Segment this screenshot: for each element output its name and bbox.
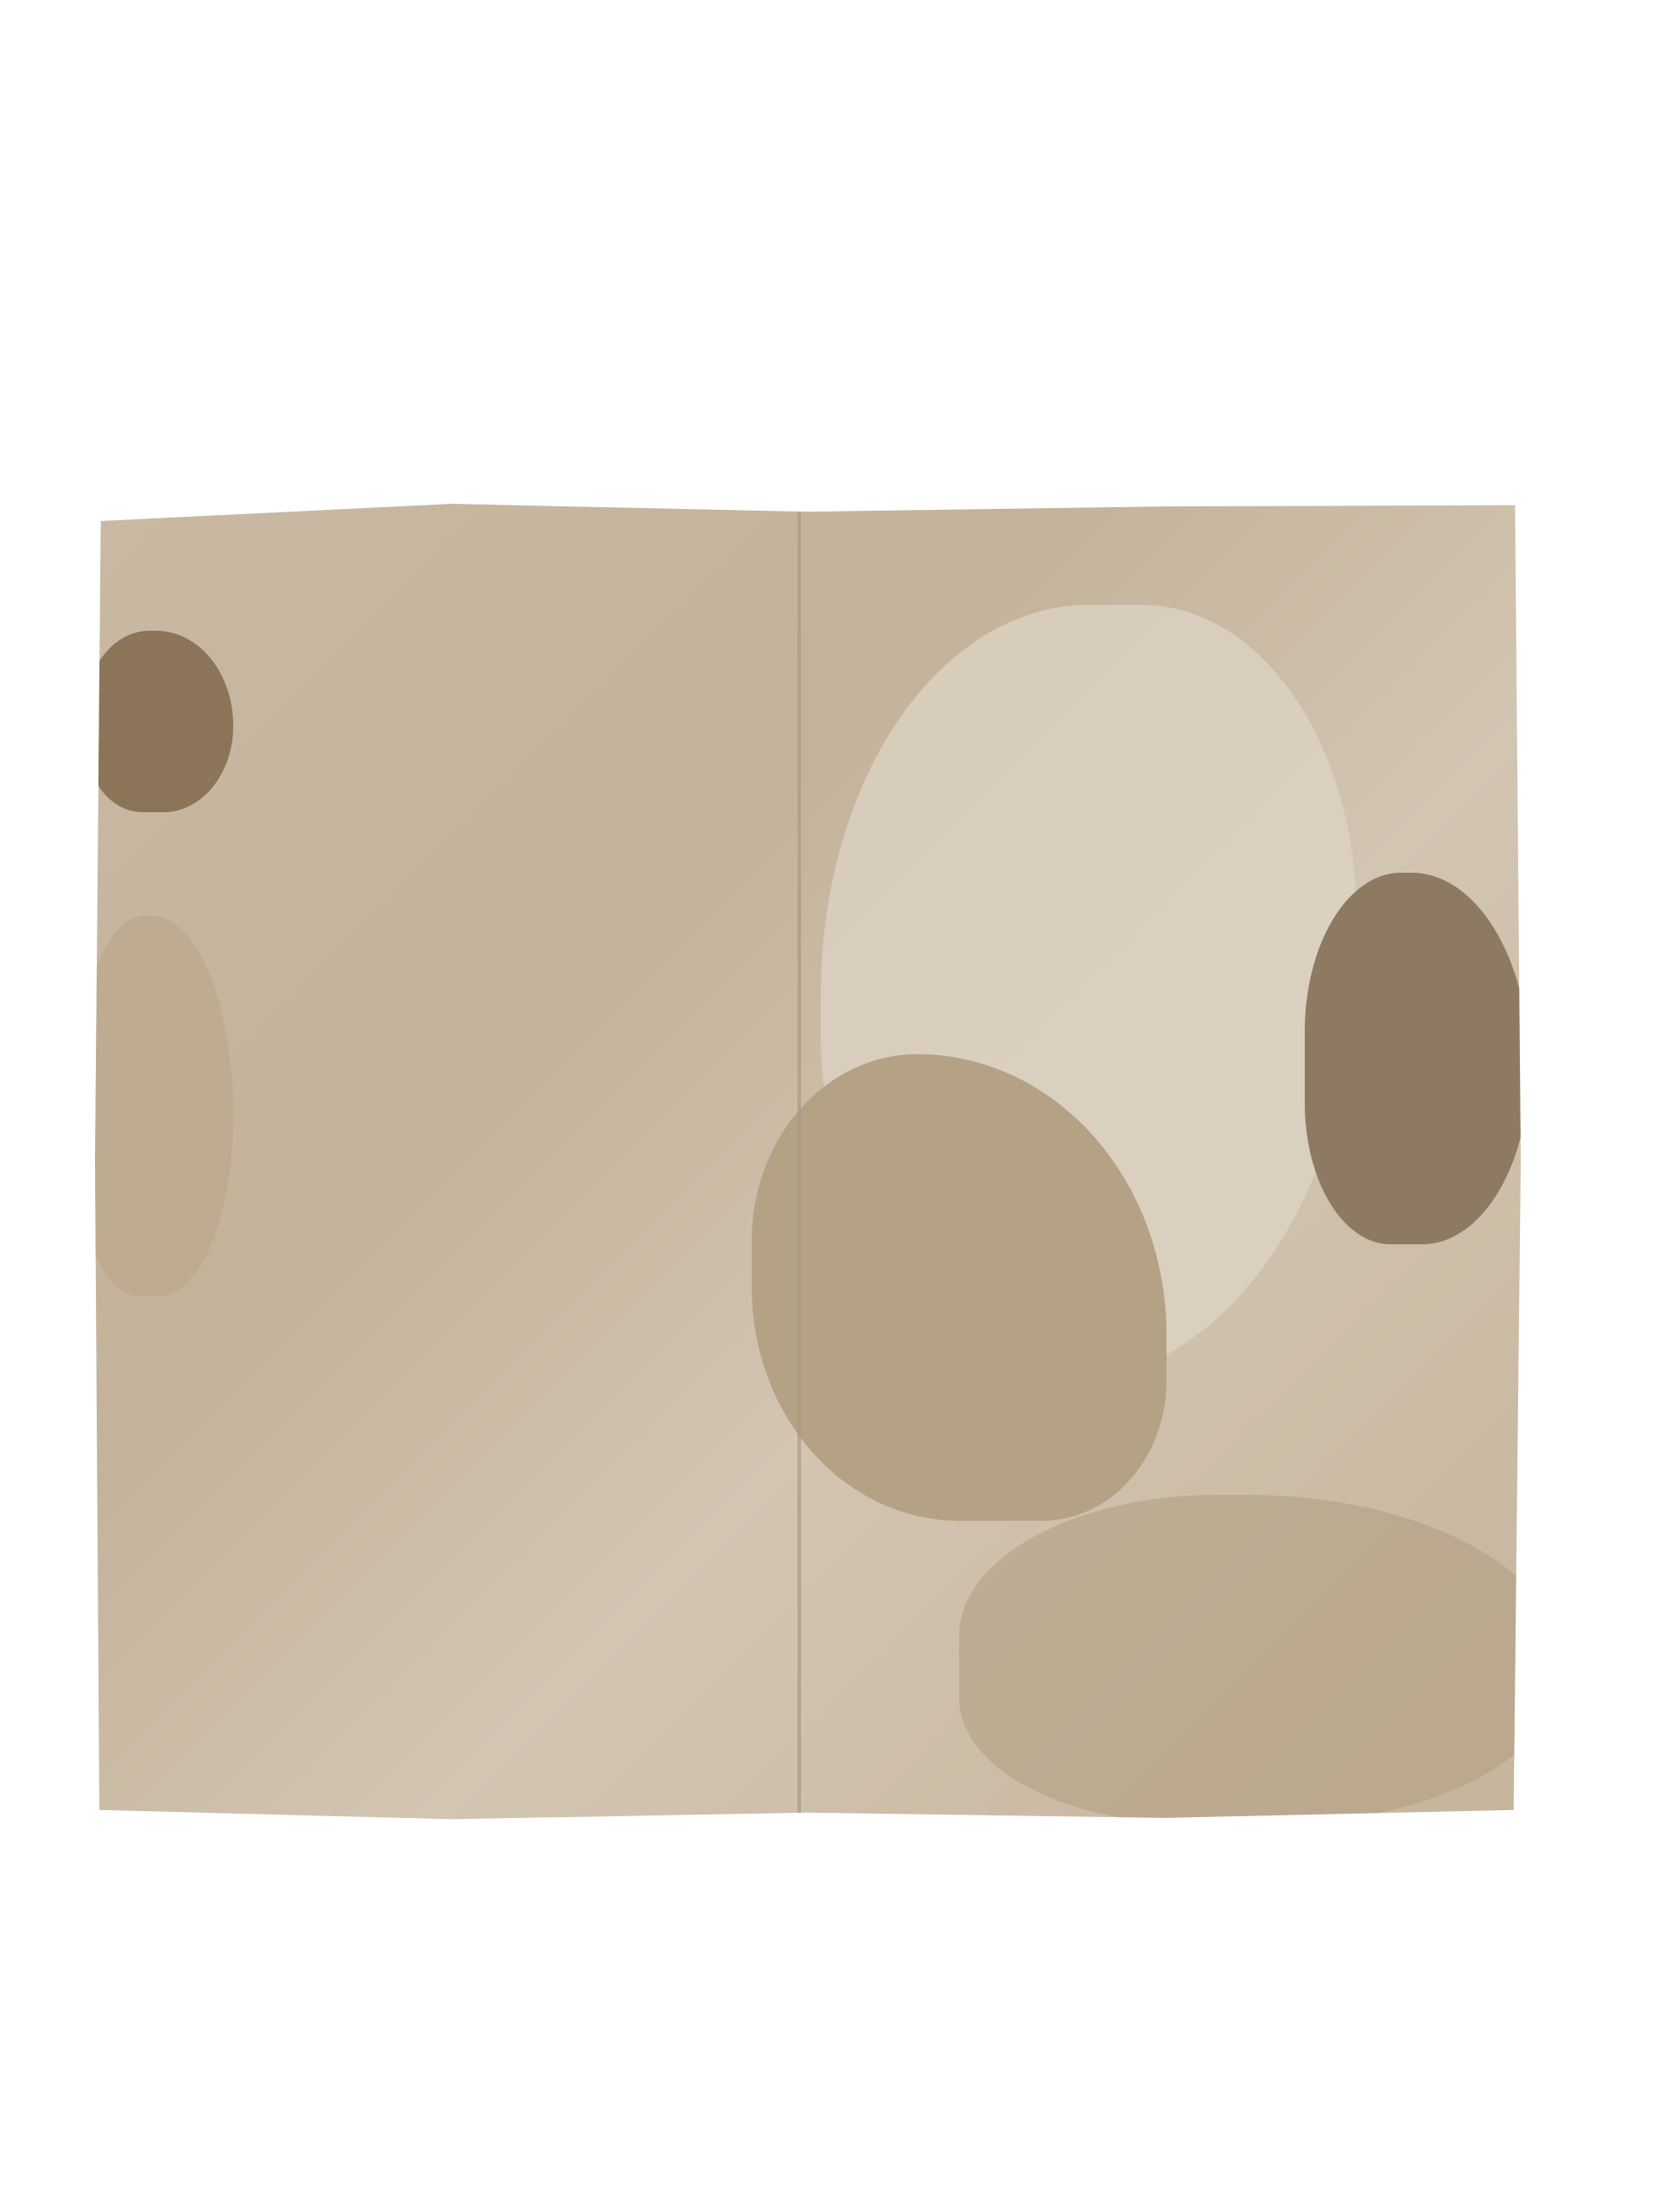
center-fold-line xyxy=(798,501,801,1823)
bottom-right-stain xyxy=(959,1495,1564,1823)
top-left-dark-stain xyxy=(86,631,233,812)
stained-sheet xyxy=(95,501,1521,1823)
right-dark-stain xyxy=(1305,873,1529,1244)
left-edge-stain xyxy=(78,916,233,1296)
